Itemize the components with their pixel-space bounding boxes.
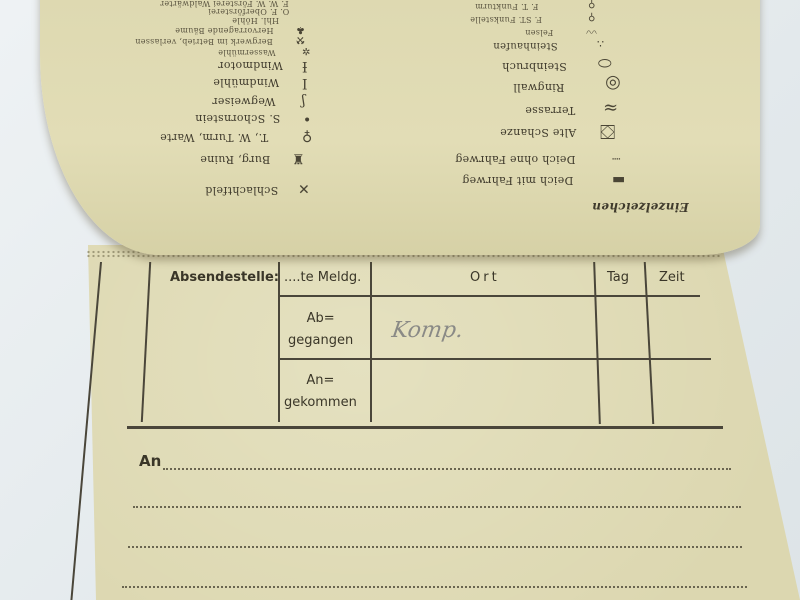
legend-label: Deich ohne Fahrweg	[455, 153, 576, 166]
header-underline	[278, 295, 700, 297]
dike-road-icon: ▬	[612, 172, 625, 188]
legend-label: Terrasse	[525, 104, 575, 117]
table-bottom-border	[127, 426, 723, 429]
windmill-icon: I	[302, 75, 308, 91]
row-label-departed: Ab= gegangen	[288, 308, 353, 352]
legend-label: Burg, Ruine	[200, 153, 270, 166]
column-header-tag: Tag	[607, 270, 629, 285]
label-divider	[370, 262, 372, 422]
sender-divider	[278, 262, 280, 422]
legend-label: O. F. Oberförsterei	[208, 7, 289, 16]
address-line-1[interactable]	[163, 468, 731, 470]
watermill-icon: ✲	[302, 45, 310, 56]
signpost-icon: ʃ	[301, 93, 305, 109]
legend-label: S. Schornstein	[195, 112, 280, 125]
terrace-icon: ≈	[603, 97, 618, 118]
address-line-4[interactable]	[122, 586, 747, 588]
address-label: An	[139, 452, 161, 470]
legend-label: Hhl. Höhle	[232, 16, 279, 25]
tower-icon: ♀	[302, 128, 312, 144]
row-divider	[278, 358, 711, 360]
legend-label: T., W. Turm, Warte	[160, 131, 268, 144]
entrenchment-icon: ⛋	[600, 120, 615, 144]
ring-wall-icon: ◎	[605, 73, 621, 94]
legend-label: Alte Schanze	[500, 126, 576, 139]
address-line-3[interactable]	[128, 546, 742, 548]
legend-label: F. W. W. Försterei Waldwärter	[160, 0, 289, 8]
sender-label: Absendestelle:	[170, 270, 279, 285]
castle-ruin-icon: ♜	[292, 150, 305, 166]
legend-label: Windmotor	[218, 59, 283, 72]
legend-label: F. ST. Funkstelle	[470, 15, 542, 24]
legend-label: Ringwall	[513, 81, 564, 94]
crossed-swords-icon: ✕	[298, 180, 310, 196]
report-number-label: ....te Meldg.	[284, 270, 361, 285]
legend-label: Deich mit Fahrweg	[462, 174, 573, 187]
quarry-icon: ⬭	[598, 53, 612, 73]
handwritten-ort-departed[interactable]: Komp.	[390, 318, 465, 343]
legend-label: Steinhaufen	[493, 40, 558, 51]
row-label-arrived: An= gekommen	[284, 370, 357, 414]
tree-icon: ♣	[296, 24, 305, 35]
legend-heading: Einzelzeichen	[592, 200, 689, 214]
chimney-icon: •	[303, 110, 311, 126]
dike-icon: ┈	[612, 150, 620, 166]
legend-label: Windmühle	[213, 76, 279, 89]
column-header-ort: Ort	[470, 270, 500, 285]
radio-station-icon: ⚲	[588, 11, 595, 22]
rocks-icon: 〰	[586, 24, 597, 40]
legend-label: Felsen	[525, 28, 553, 37]
legend-label: Bergwerk im Betrieb, verlassen	[135, 37, 273, 46]
legend-label: Steinbruch	[502, 60, 567, 73]
legend-label: Wassermühle	[218, 48, 276, 57]
radio-tower-icon: ⚲	[588, 0, 595, 9]
legend-label: Wegweiser	[212, 95, 276, 108]
legend-label: Schlachtfeld	[205, 184, 278, 197]
legend-label: Hervorragende Bäume	[175, 26, 274, 35]
address-line-2[interactable]	[133, 506, 741, 508]
mine-icon: ⚒	[296, 34, 305, 45]
stone-heap-icon: ∴	[597, 37, 604, 50]
wind-motor-icon: Ɨ	[302, 58, 308, 74]
legend-label: F. T. Funkturm	[475, 2, 538, 11]
column-header-zeit: Zeit	[659, 270, 685, 285]
